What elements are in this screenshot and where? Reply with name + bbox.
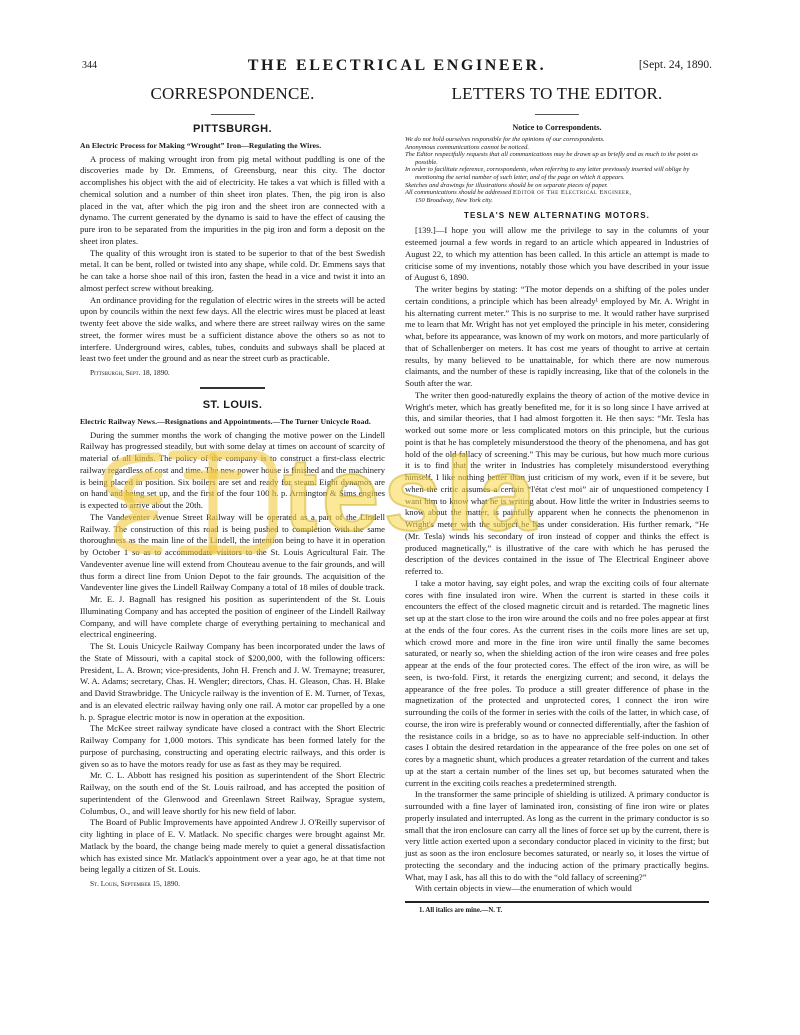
notice-title: Notice to Correspondents. [405, 123, 709, 132]
footnote-divider [405, 901, 709, 903]
paragraph: The Vandeventer Avenue Street Railway wi… [80, 512, 385, 594]
divider [200, 387, 265, 389]
dateline-pittsburgh: Pittsburgh, Sept. 18, 1890. [90, 368, 385, 377]
paragraph: The McKee street railway syndicate have … [80, 723, 385, 770]
notice-line: All communications should be addressed E… [405, 189, 709, 197]
city-heading-st-louis: ST. LOUIS. [80, 399, 385, 411]
paragraph: Mr. E. J. Bagnall has resigned his posit… [80, 594, 385, 641]
notice-address-caps: Editor of The Electrical Engineer, [513, 189, 632, 196]
notice-line: Sketches and drawings for illustrations … [405, 182, 709, 190]
paragraph: [139.]—I hope you will allow me the priv… [405, 225, 709, 284]
paragraph: The St. Louis Unicycle Railway Company h… [80, 641, 385, 723]
divider [211, 114, 255, 115]
notice-line: In order to facilitate reference, corres… [405, 166, 709, 181]
footnote: 1. All italics are mine.—N. T. [419, 907, 709, 914]
paragraph: A process of making wrought iron from pi… [80, 154, 385, 248]
notice-address-line: 150 Broadway, New York city. [405, 197, 709, 205]
paragraph: An ordinance providing for the regulatio… [80, 295, 385, 366]
notice-address-prefix: All communications should be addressed [405, 189, 511, 196]
notice-line: Anonymous communications cannot be notic… [405, 144, 709, 152]
article-title: TESLA'S NEW ALTERNATING MOTORS. [405, 211, 709, 220]
paragraph: The writer begins by stating: “The motor… [405, 284, 709, 390]
paragraph: The writer then good-naturedly explains … [405, 390, 709, 578]
dateline-st-louis: St. Louis, September 15, 1890. [90, 879, 385, 888]
paragraph: Mr. C. L. Abbott has resigned his positi… [80, 770, 385, 817]
divider [535, 114, 579, 115]
paragraph: The Board of Public Improvements have ap… [80, 817, 385, 876]
notice-box: Notice to Correspondents. We do not hold… [405, 123, 709, 204]
st-louis-section: ST. LOUIS. Electric Railway News.—Resign… [80, 399, 385, 888]
subhead-pittsburgh: An Electric Process for Making “Wrought”… [80, 141, 385, 151]
correspondence-column: CORRESPONDENCE. PITTSBURGH. An Electric … [80, 80, 385, 888]
paragraph: In the transformer the same principle of… [405, 789, 709, 883]
page-header: 344 THE ELECTRICAL ENGINEER. [Sept. 24, … [82, 57, 712, 77]
section-title-correspondence: CORRESPONDENCE. [80, 84, 385, 104]
city-heading-pittsburgh: PITTSBURGH. [80, 123, 385, 135]
notice-line: We do not hold ourselves responsible for… [405, 136, 709, 144]
paragraph: With certain objects in view—the enumera… [405, 883, 709, 895]
letters-column: LETTERS TO THE EDITOR. Notice to Corresp… [405, 80, 709, 914]
paragraph: The quality of this wrought iron is stat… [80, 248, 385, 295]
subhead-st-louis: Electric Railway News.—Resignations and … [80, 417, 385, 427]
section-title-letters: LETTERS TO THE EDITOR. [405, 84, 709, 104]
notice-line: The Editor respectfully requests that al… [405, 151, 709, 166]
issue-date: [Sept. 24, 1890. [639, 59, 712, 71]
journal-title: THE ELECTRICAL ENGINEER. [82, 57, 712, 75]
paragraph: I take a motor having, say eight poles, … [405, 578, 709, 790]
paragraph: During the summer months the work of cha… [80, 430, 385, 512]
pittsburgh-section: PITTSBURGH. An Electric Process for Maki… [80, 123, 385, 377]
